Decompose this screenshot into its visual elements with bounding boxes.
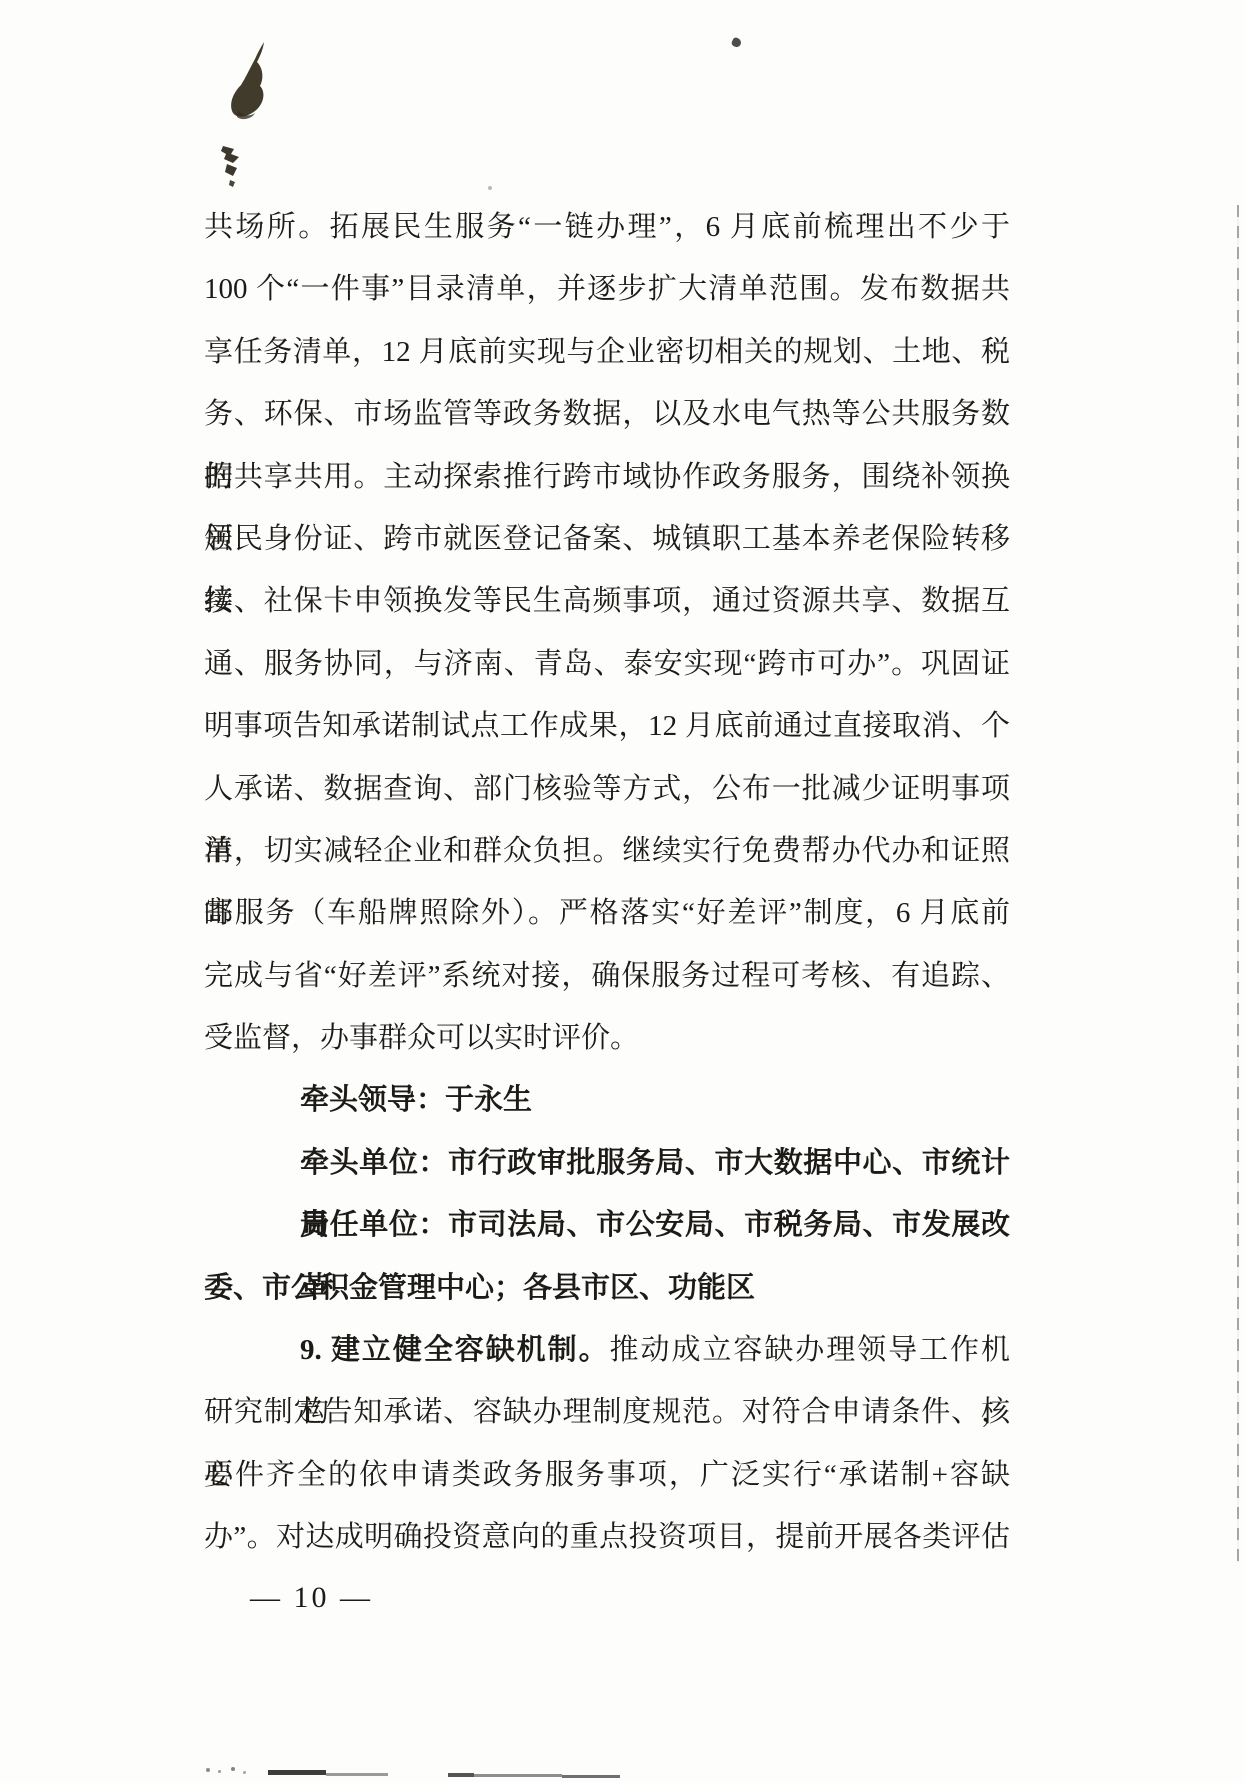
- text-line: 研究制定告知承诺、容缺办理制度规范。对符合申请条件、核心: [204, 1381, 1010, 1443]
- text-segment-bold: 牵头领导：于永生: [300, 1084, 532, 1116]
- text-line: 单，切实减轻企业和群众负担。继续实行免费帮办代办和证照邮: [204, 820, 1010, 882]
- scan-speck: [731, 37, 743, 49]
- text-segment: 寄服务（车船牌照除外）。严格落实“好差评”制度，6 月底前: [204, 897, 1010, 929]
- scan-bottom-mark: [326, 1773, 388, 1776]
- scan-bottom-mark: [448, 1773, 474, 1777]
- text-line: 完成与省“好差评”系统对接，确保服务过程可考核、有追踪、: [204, 945, 1010, 1007]
- text-line: 100 个“一件事”目录清单，并逐步扩大清单范围。发布数据共: [204, 258, 1010, 320]
- text-line: 责任单位：市司法局、市公安局、市税务局、市发展改革: [204, 1194, 1010, 1256]
- text-line: 牵头单位：市行政审批服务局、市大数据中心、市统计局: [204, 1132, 1010, 1194]
- scan-dust: [243, 1771, 246, 1774]
- text-segment: 完成与省“好差评”系统对接，确保服务过程可考核、有追踪、: [204, 960, 1010, 992]
- text-segment: 享任务清单，12 月底前实现与企业密切相关的规划、土地、税: [204, 336, 1010, 368]
- text-line: 明事项告知承诺制试点工作成果，12 月底前通过直接取消、个: [204, 695, 1010, 757]
- scan-dust: [206, 1768, 210, 1772]
- text-segment: 共场所。拓展民生服务“一链办理”，6 月底前梳理出不少于: [204, 211, 1010, 243]
- text-line: 的共享共用。主动探索推行跨市域协作政务服务，围绕补领换领: [204, 446, 1010, 508]
- text-segment: 100 个“一件事”目录清单，并逐步扩大清单范围。发布数据共: [204, 273, 1010, 305]
- scan-edge-line: [1237, 205, 1239, 1563]
- text-segment: 明事项告知承诺制试点工作成果，12 月底前通过直接取消、个: [204, 710, 1010, 742]
- document-body: 共场所。拓展民生服务“一链办理”，6 月底前梳理出不少于100 个“一件事”目录…: [204, 196, 1010, 1569]
- scan-bottom-mark: [474, 1774, 562, 1777]
- text-segment: 通、服务协同，与济南、青岛、泰安实现“跨市可办”。巩固证: [204, 648, 1010, 680]
- text-line: 受监督，办事群众可以实时评价。: [204, 1007, 1010, 1069]
- page-number: — 10 —: [250, 1578, 373, 1618]
- text-segment-bold: 委、市公积金管理中心；各县市区、功能区: [204, 1272, 755, 1304]
- text-line: 通、服务协同，与济南、青岛、泰安实现“跨市可办”。巩固证: [204, 633, 1010, 695]
- text-line: 续、社保卡申领换发等民生高频事项，通过资源共享、数据互: [204, 570, 1010, 632]
- text-line: 9. 建立健全容缺机制。推动成立容缺办理领导工作机构，: [204, 1319, 1010, 1381]
- text-line: 委、市公积金管理中心；各县市区、功能区: [204, 1257, 1010, 1319]
- ink-smudge: [228, 40, 276, 126]
- scan-bottom-mark: [562, 1775, 620, 1778]
- scan-dust: [218, 1770, 221, 1773]
- text-line: 牵头领导：于永生: [204, 1069, 1010, 1131]
- ink-mark-small: [214, 142, 248, 190]
- scan-dust: [231, 1767, 235, 1771]
- text-line: 居民身份证、跨市就医登记备案、城镇职工基本养老保险转移接: [204, 508, 1010, 570]
- text-line: 要件齐全的依申请类政务服务事项，广泛实行“承诺制+容缺: [204, 1444, 1010, 1506]
- text-segment: 办”。对达成明确投资意向的重点投资项目，提前开展各类评估: [204, 1521, 1010, 1553]
- text-segment: 受监督，办事群众可以实时评价。: [204, 1022, 639, 1054]
- scanned-document-page: 共场所。拓展民生服务“一链办理”，6 月底前梳理出不少于100 个“一件事”目录…: [0, 0, 1244, 1783]
- text-line: 人承诺、数据查询、部门核验等方式，公布一批减少证明事项清: [204, 758, 1010, 820]
- scan-speck: [488, 186, 492, 190]
- text-segment: 续、社保卡申领换发等民生高频事项，通过资源共享、数据互: [204, 585, 1010, 617]
- text-line: 享任务清单，12 月底前实现与企业密切相关的规划、土地、税: [204, 321, 1010, 383]
- text-line: 共场所。拓展民生服务“一链办理”，6 月底前梳理出不少于: [204, 196, 1010, 258]
- text-segment: 要件齐全的依申请类政务服务事项，广泛实行“承诺制+容缺: [204, 1459, 1010, 1491]
- text-segment-bold: 9. 建立健全容缺机制。: [300, 1334, 610, 1366]
- text-line: 务、环保、市场监管等政务数据，以及水电气热等公共服务数据: [204, 383, 1010, 445]
- scan-bottom-mark: [268, 1770, 326, 1775]
- text-line: 办”。对达成明确投资意向的重点投资项目，提前开展各类评估: [204, 1506, 1010, 1568]
- text-line: 寄服务（车船牌照除外）。严格落实“好差评”制度，6 月底前: [204, 882, 1010, 944]
